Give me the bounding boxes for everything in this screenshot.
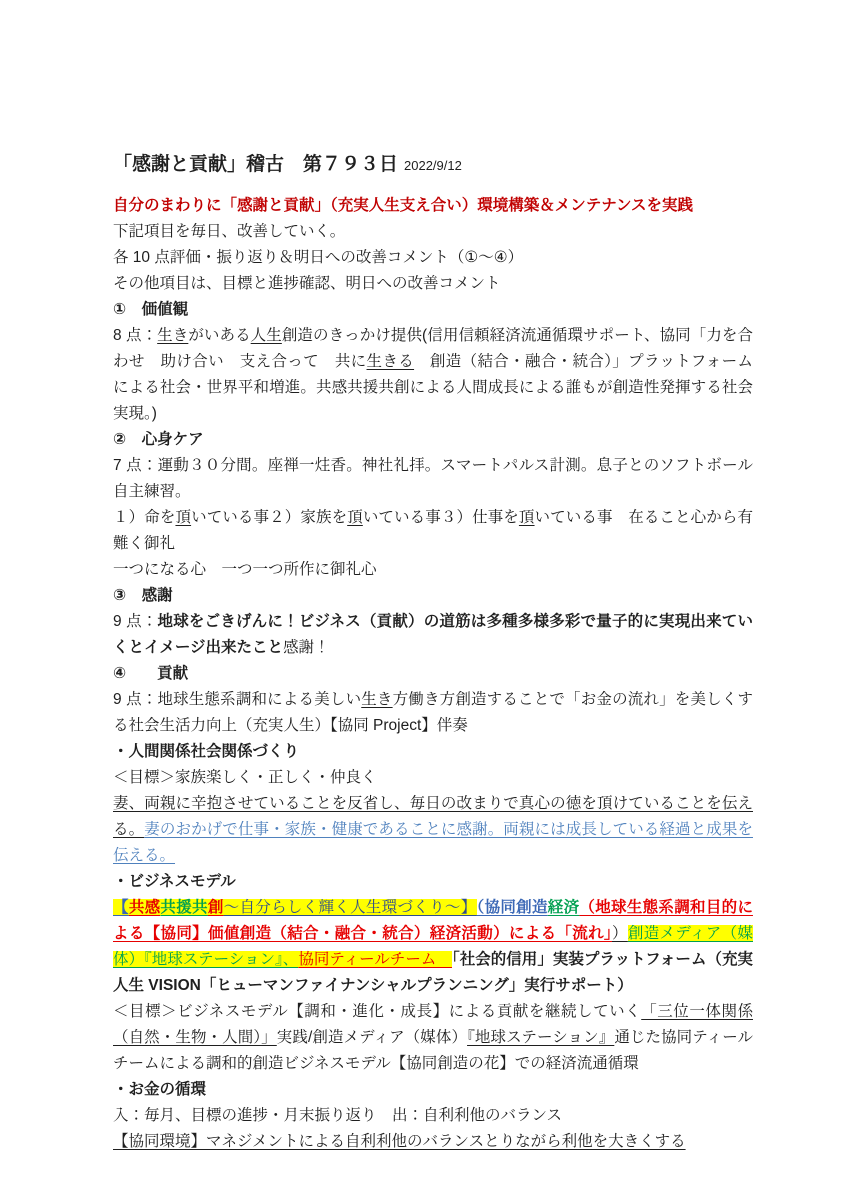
text-run: 共援共 xyxy=(160,899,207,916)
text-run: 頂 xyxy=(347,509,363,526)
page-title: 「感謝と貢献」稽古 第７９３日 xyxy=(113,154,398,175)
business-model-goal: ＜目標＞ビジネスモデル【調和・進化・成長】による貢献を継続していく「三位一体関係… xyxy=(113,999,753,1077)
text-run: ③ 感謝 xyxy=(113,587,173,604)
text-run: 創 xyxy=(208,899,224,916)
section-2-body-1: 7 点：運動３０分間。座禅一炷香。神社礼拝。スマートパルス計測。息子とのソフトボ… xyxy=(113,453,753,505)
business-model-highlight: 【共感共援共創～自分らしく輝く人生環づくり～】（協同創造経済（地球生態系調和目的… xyxy=(113,895,753,999)
text-run: ＜目標＞ビジネスモデル【調和・進化・成長】による貢献を継続していく xyxy=(113,1003,641,1020)
text-run: ④ 貢献 xyxy=(113,665,188,682)
text-run: 経済 xyxy=(548,899,580,916)
relationships-heading: ・人間関係社会関係づくり xyxy=(113,739,753,765)
text-run: 頂 xyxy=(519,509,535,526)
text-run: ＜目標＞家族楽しく・正しく・仲良く xyxy=(113,769,377,786)
section-4-heading: ④ 貢献 xyxy=(113,661,753,687)
section-2-heading: ② 心身ケア xyxy=(113,427,753,453)
intro-line-1: 下記項目を毎日、改善していく。 xyxy=(113,219,753,245)
text-run: 8 点： xyxy=(113,327,157,344)
intro-line-3: その他項目は、目標と進捗確認、明日への改善コメント xyxy=(113,271,753,297)
section-1-body: 8 点：生きがいある人生創造のきっかけ提供(信用信頼経済流通循環サポート、協同「… xyxy=(113,323,753,427)
text-run: ） xyxy=(612,925,628,942)
text-run: 生き xyxy=(361,691,392,708)
document-page: 「感謝と貢献」稽古 第７９３日2022/9/12 自分のまわりに「感謝と貢献」（… xyxy=(0,0,849,1200)
text-run: 【 xyxy=(113,899,129,916)
section-1-heading: ① 価値観 xyxy=(113,297,753,323)
text-run: ・ビジネスモデル xyxy=(113,873,236,890)
text-run: いている事３）仕事を xyxy=(363,509,519,526)
document-title-line: 「感謝と貢献」稽古 第７９３日2022/9/12 xyxy=(113,150,753,181)
text-run: 生きる xyxy=(367,353,415,370)
money-body: 入：毎月、目標の進捗・月末振り返り 出：自利利他のバランス xyxy=(113,1103,753,1129)
text-run: 妻のおかげで仕事・家族・健康であることに感謝。両親には成長している経過と成果を伝… xyxy=(113,821,753,864)
text-run: 頂 xyxy=(175,509,191,526)
intro-line-2: 各 10 点評価・振り返り＆明日への改善コメント（①～④） xyxy=(113,245,753,271)
section-3-heading: ③ 感謝 xyxy=(113,583,753,609)
text-run: 共感 xyxy=(129,899,161,916)
text-run: 実践/創造メディア（媒体） xyxy=(277,1029,467,1046)
text-run: 感謝！ xyxy=(283,639,330,656)
text-run: 協同ティールチーム xyxy=(298,951,452,968)
text-run: 一つになる心 一つ一つ所作に御礼心 xyxy=(113,561,377,578)
text-run: がいある xyxy=(188,327,250,344)
text-run: 人生 xyxy=(251,327,282,344)
section-3-body: 9 点：地球をごきげんに！ビジネス（貢献）の道筋は多種多様多彩で量子的に実現出来… xyxy=(113,609,753,661)
document-body: 「感謝と貢献」稽古 第７９３日2022/9/12 自分のまわりに「感謝と貢献」（… xyxy=(113,150,753,1155)
text-run: ① 価値観 xyxy=(113,301,188,318)
text-run: ・人間関係社会関係づくり xyxy=(113,743,299,760)
text-run: 『地球ステーション』 xyxy=(467,1029,614,1046)
text-run: いている事２）家族を xyxy=(191,509,347,526)
section-2-body-2: １）命を頂いている事２）家族を頂いている事３）仕事を頂いている事 在ること心から… xyxy=(113,505,753,557)
text-run: 7 点：運動３０分間。座禅一炷香。神社礼拝。スマートパルス計測。息子とのソフトボ… xyxy=(113,457,753,500)
money-footer: 【協同環境】マネジメントによる自利利他のバランスとりながら利他を大きくする xyxy=(113,1129,753,1155)
text-run: 入：毎月、目標の進捗・月末振り返り 出：自利利他のバランス xyxy=(113,1107,562,1124)
text-run: 9 点：地球生態系調和による美しい xyxy=(113,691,361,708)
business-model-heading: ・ビジネスモデル xyxy=(113,869,753,895)
text-run: 下記項目を毎日、改善していく。 xyxy=(113,223,345,240)
text-run: 自分のまわりに「感謝と貢献」（充実人生支え合い）環境構築＆メンテナンスを実践 xyxy=(113,197,693,214)
practice-statement: 自分のまわりに「感謝と貢献」（充実人生支え合い）環境構築＆メンテナンスを実践 xyxy=(113,193,753,219)
relationships-goal: ＜目標＞家族楽しく・正しく・仲良く xyxy=(113,765,753,791)
section-2-body-3: 一つになる心 一つ一つ所作に御礼心 xyxy=(113,557,753,583)
text-run: （協同創造 xyxy=(477,899,548,916)
text-run: １）命を xyxy=(113,509,175,526)
text-run: 【協同環境】マネジメントによる自利利他のバランスとりながら利他を大きくする xyxy=(113,1133,686,1150)
section-4-body: 9 点：地球生態系調和による美しい生き方働き方創造することで「お金の流れ」を美し… xyxy=(113,687,753,739)
text-run: 地球をごきげんに！ビジネス（貢献）の道筋は多種多様多彩で量子的に実現出来ていくと… xyxy=(113,613,753,656)
money-heading: ・お金の循環 xyxy=(113,1077,753,1103)
text-run: その他項目は、目標と進捗確認、明日への改善コメント xyxy=(113,275,501,292)
text-run: 各 10 点評価・振り返り＆明日への改善コメント（①～④） xyxy=(113,249,523,266)
relationships-body: 妻、両親に辛抱させていることを反省し、毎日の改まりで真心の徳を頂けていることを伝… xyxy=(113,791,753,869)
text-run: ・お金の循環 xyxy=(113,1081,206,1098)
text-run: ～自分らしく輝く人生環づくり～】 xyxy=(224,899,477,916)
text-run: 生き xyxy=(157,327,188,344)
text-run: 9 点： xyxy=(113,613,158,630)
text-run: ② 心身ケア xyxy=(113,431,204,448)
page-date: 2022/9/12 xyxy=(404,158,462,173)
